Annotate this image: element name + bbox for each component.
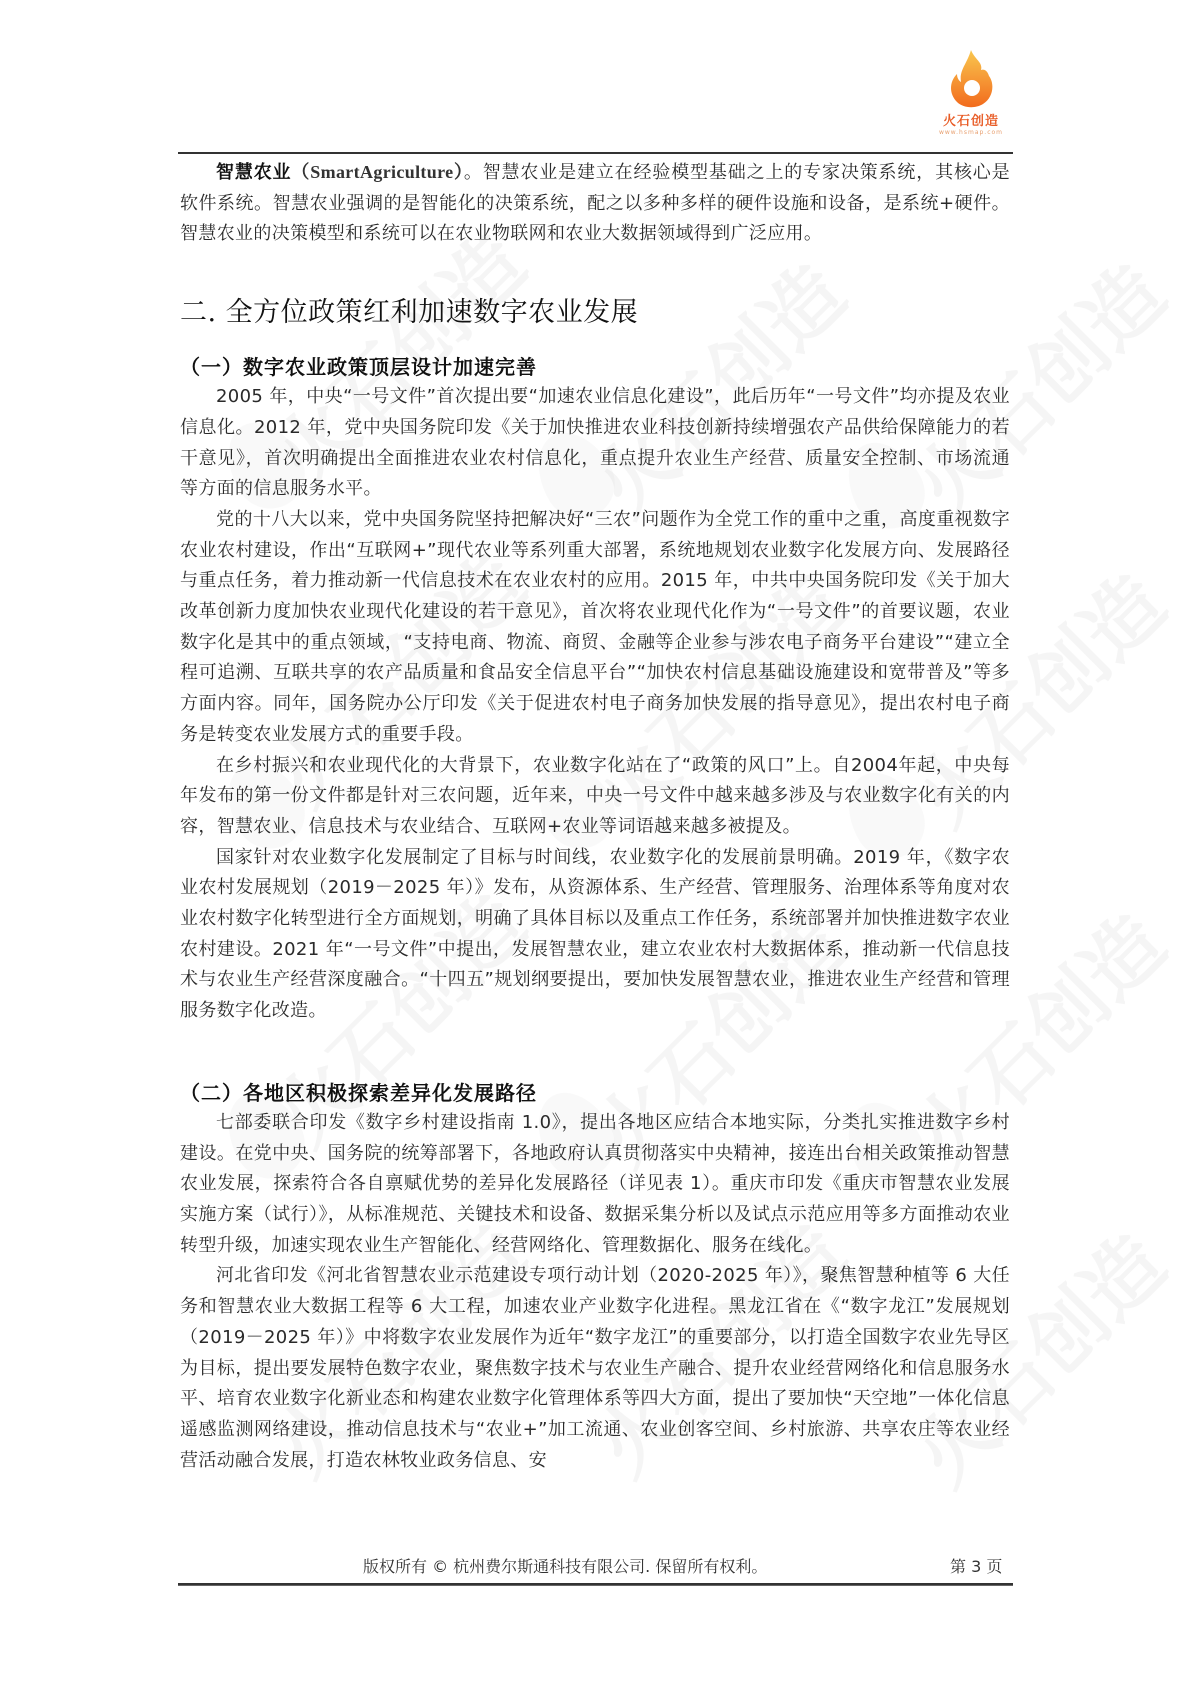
brand-logo: 火石创造 www.hsmap.com [935, 48, 1007, 136]
subsection-title-1: （一）数字农业政策顶层设计加速完善 [180, 351, 1010, 380]
brand-name: 火石创造 [935, 110, 1007, 129]
paragraph: 党的十八大以来，党中央国务院坚持把解决好“三农”问题作为全党工作的重中之重，高度… [180, 505, 1010, 751]
paragraph: 2005 年，中央“一号文件”首次提出要“加速农业信息化建设”，此后历年“一号文… [180, 382, 1010, 505]
section-title: 二. 全方位政策红利加速数字农业发展 [180, 290, 1010, 329]
paragraph: 国家针对农业数字化发展制定了目标与时间线，农业数字化的发展前景明确。2019 年… [180, 843, 1010, 1027]
paragraph: 七部委联合印发《数字乡村建设指南 1.0》，提出各地区应结合本地实际，分类扎实推… [180, 1108, 1010, 1262]
footer-divider [178, 1583, 1013, 1586]
spacer [180, 1027, 1010, 1077]
intro-paragraph: 智慧农业（SmartAgriculture）。智慧农业是建立在经验模型基础之上的… [180, 157, 1010, 250]
flame-icon [945, 48, 997, 108]
paragraph: 在乡村振兴和农业现代化的大背景下，农业数字化站在了“政策的风口”上。自2004年… [180, 751, 1010, 843]
subsection-title-2: （二）各地区积极探索差异化发展路径 [180, 1077, 1010, 1106]
term-label: 智慧农业 [216, 162, 291, 183]
footer-copyright: 版权所有 © 杭州费尔斯通科技有限公司. 保留所有权利。 [363, 1554, 767, 1577]
brand-url: www.hsmap.com [935, 129, 1007, 136]
header-divider [178, 152, 1013, 154]
page-number: 第 3 页 [950, 1554, 1002, 1577]
paragraph: 河北省印发《河北省智慧农业示范建设专项行动计划（2020-2025 年）》，聚焦… [180, 1261, 1010, 1476]
document-body: 智慧农业（SmartAgriculture）。智慧农业是建立在经验模型基础之上的… [180, 157, 1010, 1476]
term-english: （SmartAgriculture） [291, 162, 463, 182]
